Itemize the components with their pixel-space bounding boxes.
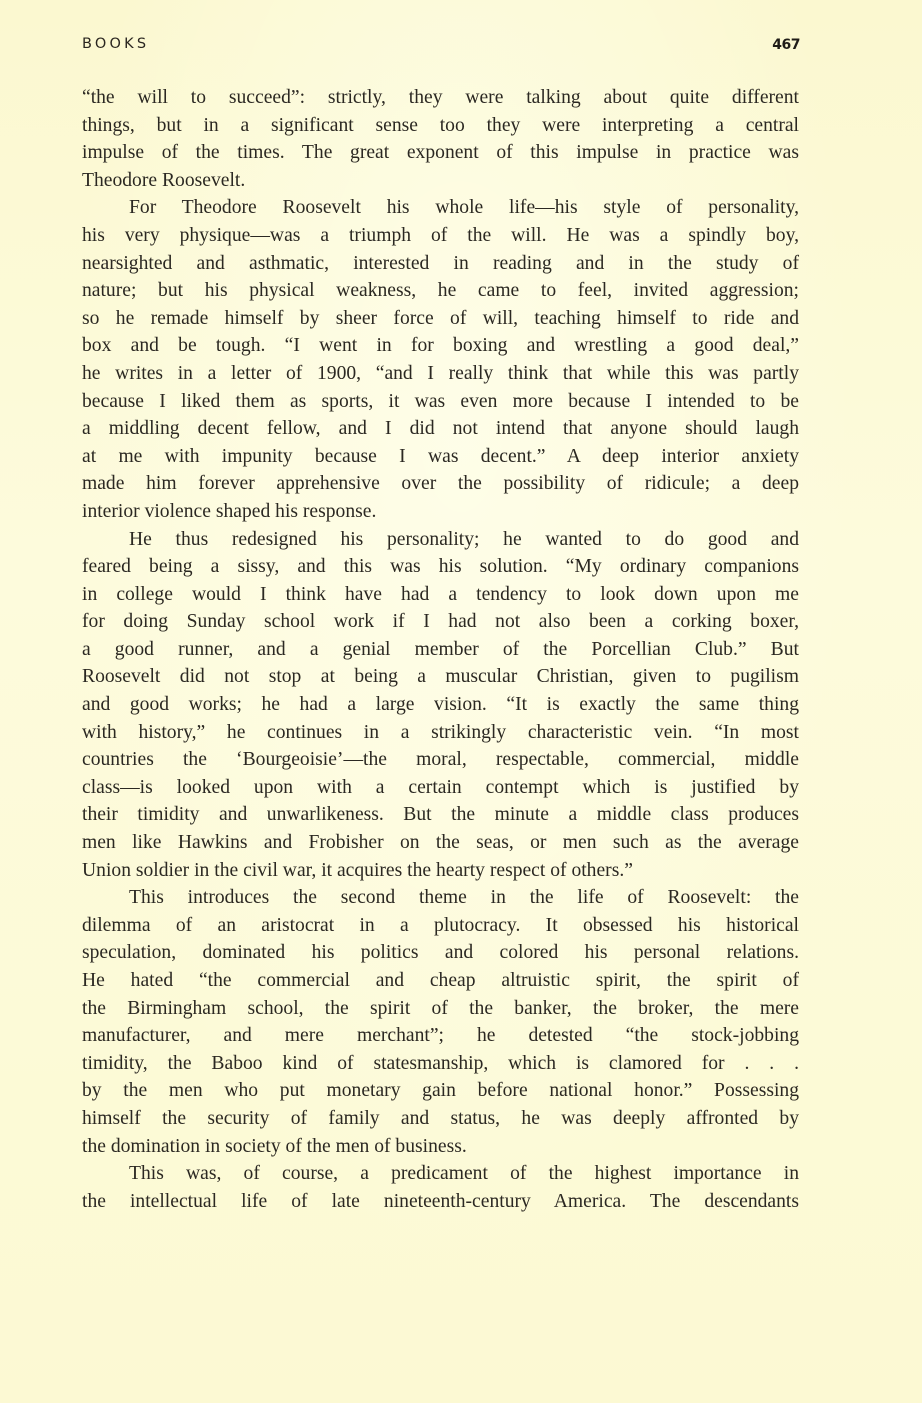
- text-line: Union soldier in the civil war, it acqui…: [82, 857, 799, 885]
- paragraph-3: He thus redesigned his personality; he w…: [82, 526, 799, 885]
- text-line: nearsighted and asthmatic, interested in…: [82, 250, 799, 278]
- text-line: For Theodore Roosevelt his whole life—hi…: [82, 194, 799, 222]
- text-line: with history,” he continues in a strikin…: [82, 719, 799, 747]
- text-line: because I liked them as sports, it was e…: [82, 388, 799, 416]
- text-line: impulse of the times. The great exponent…: [82, 139, 799, 167]
- text-line: countries the ‘Bourgeoisie’—the moral, r…: [82, 746, 799, 774]
- text-line: Theodore Roosevelt.: [82, 167, 799, 195]
- book-page: BOOKS 467 “the will to succeed”: strictl…: [82, 36, 799, 1215]
- text-line: timidity, the Baboo kind of statesmanshi…: [82, 1050, 799, 1078]
- text-line: the Birmingham school, the spirit of the…: [82, 995, 799, 1023]
- text-line: a middling decent fellow, and I did not …: [82, 415, 799, 443]
- text-line: things, but in a significant sense too t…: [82, 112, 799, 140]
- text-line: men like Hawkins and Frobisher on the se…: [82, 829, 799, 857]
- paragraph-4: This introduces the second theme in the …: [82, 884, 799, 1160]
- body-text: “the will to succeed”: strictly, they we…: [82, 84, 799, 1215]
- text-line: box and be tough. “I went in for boxing …: [82, 332, 799, 360]
- text-line: speculation, dominated his politics and …: [82, 939, 799, 967]
- paragraph-2: For Theodore Roosevelt his whole life—hi…: [82, 194, 799, 525]
- text-line: by the men who put monetary gain before …: [82, 1077, 799, 1105]
- text-line: in college would I think have had a tend…: [82, 581, 799, 609]
- text-line: the intellectual life of late nineteenth…: [82, 1188, 799, 1216]
- page-number: 467: [772, 37, 800, 53]
- text-line: He hated “the commercial and cheap altru…: [82, 967, 799, 995]
- text-line: class—is looked upon with a certain cont…: [82, 774, 799, 802]
- text-line: nature; but his physical weakness, he ca…: [82, 277, 799, 305]
- text-line: his very physique—was a triumph of the w…: [82, 222, 799, 250]
- paragraph-5: This was, of course, a predicament of th…: [82, 1160, 799, 1215]
- running-head: BOOKS 467: [82, 36, 799, 62]
- text-line: for doing Sunday school work if I had no…: [82, 608, 799, 636]
- text-line: the domination in society of the men of …: [82, 1133, 799, 1161]
- text-line: This introduces the second theme in the …: [82, 884, 799, 912]
- text-line: “the will to succeed”: strictly, they we…: [82, 84, 799, 112]
- text-line: so he remade himself by sheer force of w…: [82, 305, 799, 333]
- text-line: This was, of course, a predicament of th…: [82, 1160, 799, 1188]
- text-line: dilemma of an aristocrat in a plutocracy…: [82, 912, 799, 940]
- text-line: himself the security of family and statu…: [82, 1105, 799, 1133]
- text-line: made him forever apprehensive over the p…: [82, 470, 799, 498]
- section-title: BOOKS: [82, 36, 149, 52]
- text-line: Roosevelt did not stop at being a muscul…: [82, 663, 799, 691]
- paragraph-1: “the will to succeed”: strictly, they we…: [82, 84, 799, 194]
- text-line: He thus redesigned his personality; he w…: [82, 526, 799, 554]
- text-line: he writes in a letter of 1900, “and I re…: [82, 360, 799, 388]
- text-line: their timidity and unwarlikeness. But th…: [82, 801, 799, 829]
- text-line: and good works; he had a large vision. “…: [82, 691, 799, 719]
- text-line: at me with impunity because I was decent…: [82, 443, 799, 471]
- text-line: manufacturer, and mere merchant”; he det…: [82, 1022, 799, 1050]
- text-line: feared being a sissy, and this was his s…: [82, 553, 799, 581]
- text-line: a good runner, and a genial member of th…: [82, 636, 799, 664]
- text-line: interior violence shaped his response.: [82, 498, 799, 526]
